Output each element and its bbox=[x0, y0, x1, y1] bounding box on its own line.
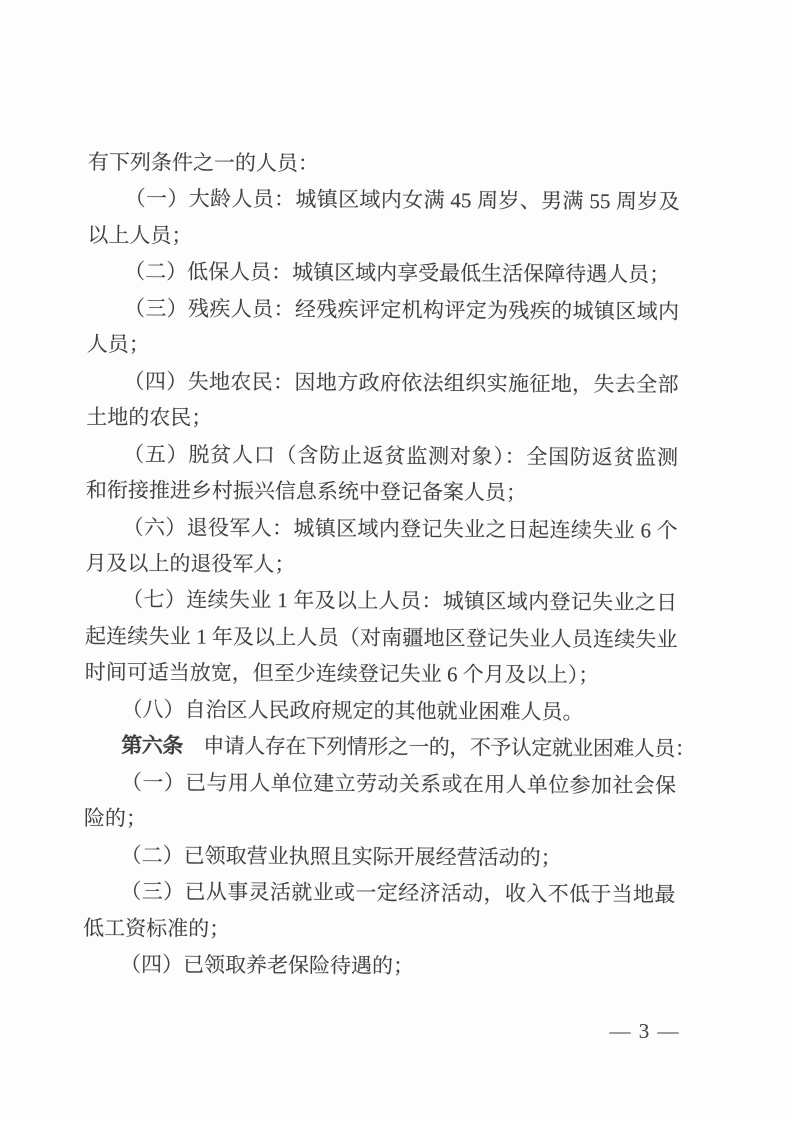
text-line: （一）已与用人单位建立劳动关系或在用人单位参加社会保 bbox=[84, 764, 676, 804]
article-number: 第六条 bbox=[121, 733, 183, 757]
text-line: 起连续失业 1 年及以上人员（对南疆地区登记失业人员连续失业 bbox=[85, 618, 677, 658]
text-line: （二）已领取营业执照且实际开展经营活动的； bbox=[84, 837, 676, 877]
text-line: （三）已从事灵活就业或一定经济活动，收入不低于当地最 bbox=[83, 873, 675, 913]
page-footer: — 3 — bbox=[88, 1016, 680, 1046]
text-line: （三）残疾人员：经残疾评定机构评定为残疾的城镇区域内 bbox=[87, 290, 679, 330]
text-line: （四）失地农民：因地方政府依法组织实施征地，失去全部 bbox=[86, 363, 678, 403]
text-line: （七）连续失业 1 年及以上人员：城镇区域内登记失业之日 bbox=[85, 581, 677, 621]
text-line: 有下列条件之一的人员： bbox=[88, 144, 680, 184]
text-line: （五）脱贫人口（含防止返贫监测对象）：全国防返贫监测 bbox=[86, 436, 678, 476]
text-line: （四）已领取养老保险待遇的； bbox=[83, 946, 675, 986]
text-line: 月及以上的退役军人； bbox=[85, 545, 677, 585]
text-line: 和衔接推进乡村振兴信息系统中登记备案人员； bbox=[86, 472, 678, 512]
document-page: 有下列条件之一的人员：（一）大龄人员：城镇区域内女满 45 周岁、男满 55 周… bbox=[0, 0, 793, 1121]
text-line: 低工资标准的； bbox=[83, 910, 675, 950]
text-line: （八）自治区人民政府规定的其他就业困难人员。 bbox=[84, 691, 676, 731]
text-line: 人员； bbox=[87, 326, 679, 366]
text-line: 时间可适当放宽，但至少连续登记失业 6 个月及以上）； bbox=[85, 654, 677, 694]
text-line: 险的； bbox=[84, 800, 676, 840]
document-body: 有下列条件之一的人员：（一）大龄人员：城镇区域内女满 45 周岁、男满 55 周… bbox=[83, 144, 680, 986]
text-line: （二）低保人员：城镇区域内享受最低生活保障待遇人员； bbox=[87, 253, 679, 293]
text-line: （一）大龄人员：城镇区域内女满 45 周岁、男满 55 周岁及 bbox=[88, 180, 680, 220]
text-line: （六）退役军人：城镇区域内登记失业之日起连续失业 6 个 bbox=[86, 509, 678, 549]
text-line: 以上人员； bbox=[87, 217, 679, 257]
page-number: — 3 — bbox=[610, 1019, 681, 1043]
text-line: 第六条 申请人存在下列情形之一的，不予认定就业困难人员： bbox=[84, 727, 676, 767]
text-line: 土地的农民； bbox=[86, 399, 678, 439]
